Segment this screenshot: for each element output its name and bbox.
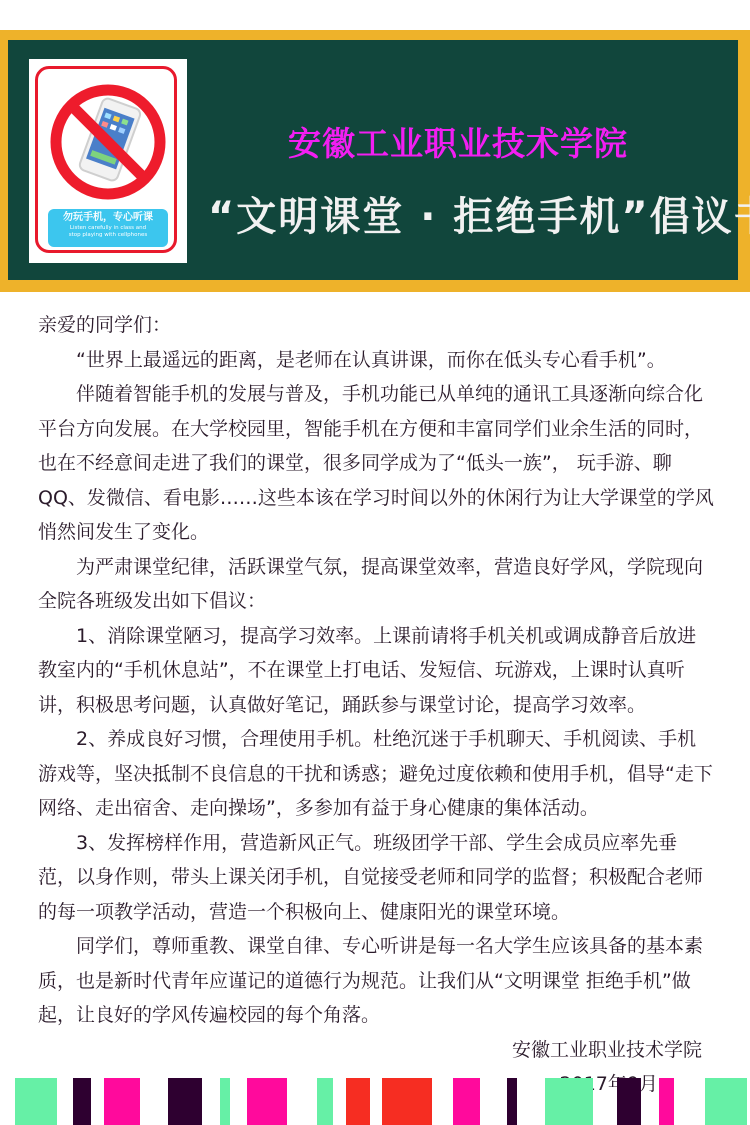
proposal-item-3: 3、发挥榜样作用，营造新风正气。班级团学干部、学生会成员应率先垂范，以身作则，带… [38, 826, 714, 930]
proposal-item-2: 2、养成良好习惯，合理使用手机。杜绝沉迷于手机聊天、手机阅读、手机游戏等，坚决抵… [38, 722, 714, 826]
sign-caption: 勿玩手机，专心听课 Listen carefully in class and … [48, 209, 168, 247]
paragraph-purpose: 为严肃课堂纪律，活跃课堂气氛，提高课堂效率，营造良好学风，学院现向全院各班级发出… [38, 550, 714, 619]
stripe [659, 1078, 674, 1125]
proposal-title: “文明课堂 · 拒绝手机”倡议书 [208, 185, 750, 242]
stripe [346, 1078, 370, 1125]
chalkboard: 勿玩手机，专心听课 Listen carefully in class and … [8, 40, 738, 280]
stripe [507, 1078, 517, 1125]
sign-caption-cn: 勿玩手机，专心听课 [48, 209, 168, 225]
stripe [104, 1078, 140, 1125]
stripe [382, 1078, 432, 1125]
paragraph-closing: 同学们，尊师重教、课堂自律、专心听讲是每一名大学生应该具备的基本素质，也是新时代… [38, 929, 714, 1033]
proposal-item-1: 1、消除课堂陋习，提高学习效率。上课前请将手机关机或调成静音后放进教室内的“手机… [38, 619, 714, 723]
stripe [453, 1078, 480, 1125]
sign-caption-en-2: stop playing with cellphones [48, 232, 168, 239]
no-phone-icon [45, 79, 171, 205]
paragraph-background: 伴随着智能手机的发展与普及，手机功能已从单纯的通讯工具逐渐向综合化平台方向发展。… [38, 377, 714, 550]
stripe [247, 1078, 287, 1125]
stripe [73, 1078, 91, 1125]
stripe [220, 1078, 230, 1125]
stripe [617, 1078, 641, 1125]
stripe [705, 1078, 747, 1125]
sign-caption-en-1: Listen carefully in class and [48, 225, 168, 232]
no-phone-sign: 勿玩手机，专心听课 Listen carefully in class and … [29, 59, 187, 263]
institution-title: 安徽工业职业技术学院 [288, 118, 628, 165]
paragraph-quote: “世界上最遥远的距离，是老师在认真讲课，而你在低头专心看手机”。 [38, 343, 714, 378]
signature: 安徽工业职业技术学院 [38, 1033, 714, 1068]
stripe [15, 1078, 57, 1125]
header-banner: 勿玩手机，专心听课 Listen carefully in class and … [0, 30, 750, 292]
stripe [317, 1078, 333, 1125]
stripe [545, 1078, 593, 1125]
decorative-stripes [0, 1078, 750, 1125]
letter-body: 亲爱的同学们： “世界上最遥远的距离，是老师在认真讲课，而你在低头专心看手机”。… [38, 308, 714, 1102]
salutation: 亲爱的同学们： [38, 308, 714, 343]
stripe [168, 1078, 202, 1125]
